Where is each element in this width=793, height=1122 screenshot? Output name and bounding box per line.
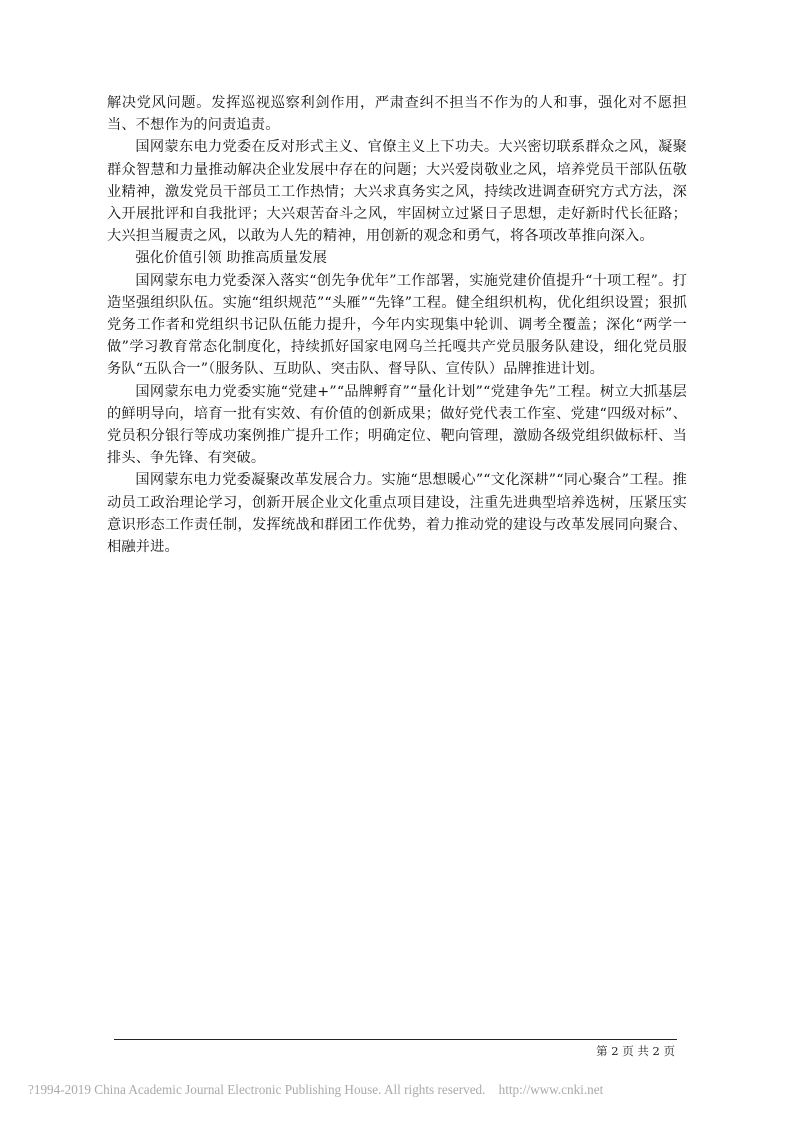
paragraph: 国网蒙东电力党委在反对形式主义、官僚主义上下功夫。大兴密切联系群众之风，凝聚群众… [107,136,687,247]
paragraph: 国网蒙东电力党委深入落实“创先争优年”工作部署，实施党建价值提升“十项工程”。打… [107,270,687,381]
paragraph: 国网蒙东电力党委凝聚改革发展合力。实施“思想暖心”“文化深耕”“同心聚合”工程。… [107,469,687,558]
paragraph: 国网蒙东电力党委实施“党建+”“品牌孵育”“量化计划”“党建争先”工程。树立大抓… [107,381,687,470]
page-number: 第 2 页 共 2 页 [596,1043,675,1059]
document-body: 解决党风问题。发挥巡视巡察利剑作用，严肃查纠不担当不作为的人和事，强化对不愿担当… [107,92,687,558]
paragraph-continuation: 解决党风问题。发挥巡视巡察利剑作用，严肃查纠不担当不作为的人和事，强化对不愿担当… [107,92,687,136]
copyright-notice: ?1994-2019 China Academic Journal Electr… [28,1082,603,1098]
section-heading: 强化价值引领 助推高质量发展 [107,247,687,269]
footer-divider [114,1039,677,1040]
